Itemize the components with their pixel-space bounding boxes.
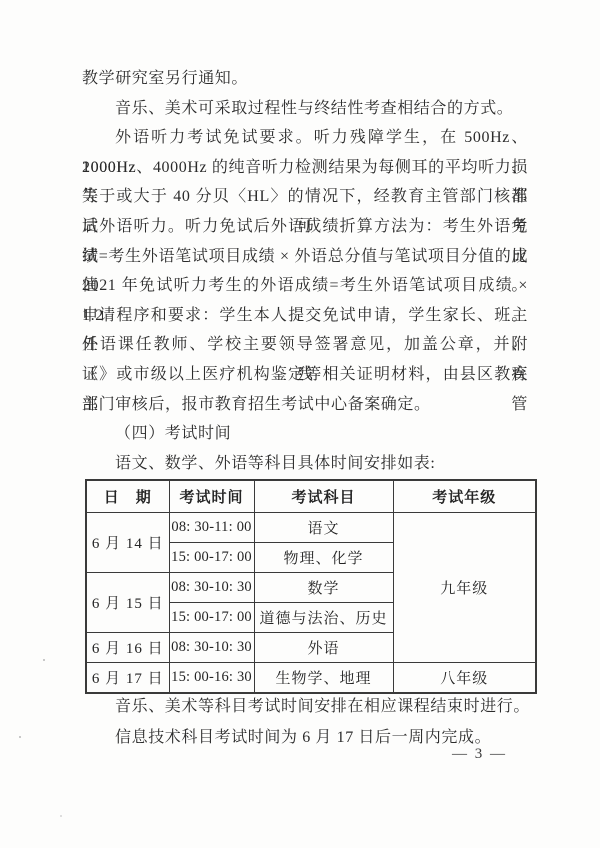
time-cell: 08: 30-10: 30	[169, 573, 254, 603]
table-header-time: 考试时间	[169, 480, 254, 513]
scan-speck	[43, 659, 45, 661]
footer-line: 音乐、美术等科目考试时间安排在相应课程结束时进行。	[82, 692, 528, 723]
scan-speck	[60, 815, 62, 817]
subject-cell: 生物学、地理	[254, 663, 393, 694]
table-header-subject: 考试科目	[254, 480, 393, 513]
body-line: 教学研究室另行通知。	[82, 64, 528, 94]
subject-cell: 数学	[254, 573, 393, 603]
body-line: 2021 年免试听力考生的外语成绩=考生外语笔试项目成绩 × 1.2。	[82, 271, 528, 301]
body-line: 外语听力考试免试要求。听力残障学生，在 500Hz、1000Hz、	[82, 123, 528, 153]
time-cell: 15: 00-17: 00	[169, 603, 254, 633]
table-row: 6 月 14 日 08: 30-11: 00 语文 九年级	[86, 513, 536, 543]
exam-schedule-table: 日 期 考试时间 考试科目 考试年级 6 月 14 日 08: 30-11: 0…	[85, 479, 537, 694]
body-line: 绩=考生外语笔试项目成绩 × 外语总分值与笔试项目分值的比值。	[82, 242, 528, 272]
section-heading-exam-time: （四）考试时间	[82, 419, 528, 449]
page-number: — 3 —	[452, 746, 507, 763]
table-header-grade: 考试年级	[393, 480, 536, 513]
subject-cell: 语文	[254, 513, 393, 543]
body-line: 外语课任教师、学校主要领导签署意见，加盖公章，并附《残疾	[82, 330, 528, 360]
body-line: 等于或大于 40 分贝〈HL〉的情况下，经教育主管部门核准后可免	[82, 182, 528, 212]
grade-cell: 八年级	[393, 663, 536, 694]
body-line: 2000Hz、4000Hz 的纯音听力检测结果为每侧耳的平均听力损失都	[82, 153, 528, 183]
subject-cell: 物理、化学	[254, 543, 393, 573]
table-intro-line: 语文、数学、外语等科目具体时间安排如表:	[82, 449, 528, 479]
grade-cell: 九年级	[393, 513, 536, 663]
footer-text-block: 音乐、美术等科目考试时间安排在相应课程结束时进行。 信息技术科目考试时间为 6 …	[82, 692, 528, 753]
date-cell: 6 月 16 日	[86, 633, 169, 663]
body-line: 音乐、美术可采取过程性与终结性考查相结合的方式。	[82, 94, 528, 124]
date-cell: 6 月 14 日	[86, 513, 169, 573]
time-cell: 15: 00-17: 00	[169, 543, 254, 573]
scanned-document-page: 教学研究室另行通知。 音乐、美术可采取过程性与终结性考查相结合的方式。 外语听力…	[0, 0, 600, 848]
time-cell: 08: 30-10: 30	[169, 633, 254, 663]
time-cell: 08: 30-11: 00	[169, 513, 254, 543]
table-header-date: 日 期	[86, 480, 169, 513]
body-line: 试外语听力。听力免试后外语成绩折算方法为：考生外语考试成	[82, 212, 528, 242]
body-text-block: 教学研究室另行通知。 音乐、美术可采取过程性与终结性考查相结合的方式。 外语听力…	[82, 64, 528, 478]
time-cell: 15: 00-16: 30	[169, 663, 254, 694]
body-line: 证》或市级以上医疗机构鉴定等相关证明材料，由县区教育主管	[82, 360, 528, 390]
date-cell: 6 月 15 日	[86, 573, 169, 633]
body-line: 申请程序和要求：学生本人提交免试申请，学生家长、班主任、	[82, 301, 528, 331]
subject-cell: 道德与法治、历史	[254, 603, 393, 633]
scan-speck	[19, 736, 21, 738]
table-header-row: 日 期 考试时间 考试科目 考试年级	[86, 480, 536, 513]
date-cell: 6 月 17 日	[86, 663, 169, 694]
subject-cell: 外语	[254, 633, 393, 663]
table-row: 6 月 17 日 15: 00-16: 30 生物学、地理 八年级	[86, 663, 536, 694]
